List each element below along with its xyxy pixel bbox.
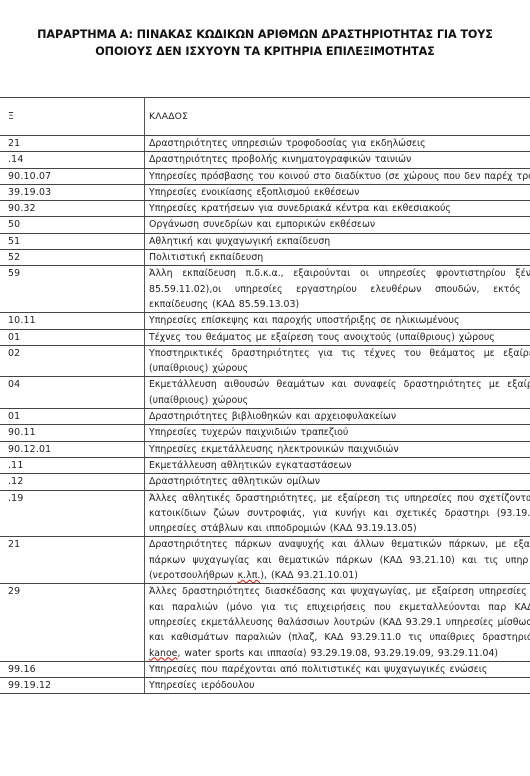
sector-description-cell: Άλλες αθλητικές δραστηριότητες, με εξαίρ… bbox=[145, 490, 530, 537]
activity-code-cell: 02 bbox=[0, 345, 145, 377]
sector-description-cell: Πολιτιστική εκπαίδευση bbox=[145, 250, 530, 266]
sector-description-cell: Δραστηριότητες αθλητικών ομίλων bbox=[145, 474, 530, 490]
activity-code-cell: 51 bbox=[0, 233, 145, 249]
table-row: 21Δραστηριότητες πάρκων αναψυχής και άλλ… bbox=[0, 537, 530, 584]
sector-description-cell: Αθλητική και ψυχαγωγική εκπαίδευση bbox=[145, 233, 530, 249]
table-row: 99.19.12Υπηρεσίες ιερόδουλου bbox=[0, 678, 530, 694]
table-row: 99.16Υπηρεσίες που παρέχονται από πολιτι… bbox=[0, 661, 530, 677]
table-row: 01Δραστηριότητες βιβλιοθηκών και αρχειοφ… bbox=[0, 409, 530, 425]
table-header-row: Ξ ΚΛΑΔΟΣ bbox=[0, 98, 530, 136]
header-sector: ΚΛΑΔΟΣ bbox=[145, 98, 530, 136]
table-row: 39.19.03Υπηρεσίες ενοικίασης εξοπλισμού … bbox=[0, 184, 530, 200]
table-row: 90.12.01Υπηρεσίες εκμετάλλευσης ηλεκτρον… bbox=[0, 441, 530, 457]
activity-code-cell: 99.16 bbox=[0, 661, 145, 677]
activity-code-cell: 90.10.07 bbox=[0, 168, 145, 184]
sector-text-fragment: Άλλες δραστηριότητες διασκέδασης και ψυχ… bbox=[149, 586, 530, 643]
title-line-2: ΟΠΟΙΟΥΣ ΔΕΝ ΙΣΧΥΟΥΝ ΤΑ ΚΡΙΤΗΡΙΑ ΕΠΙΛΕΞΙΜ… bbox=[0, 43, 530, 60]
title-line-1: ΠΑΡΑΡΤΗΜΑ Α: ΠΙΝΑΚΑΣ ΚΩΔΙΚΩΝ ΑΡΙΘΜΩΝ ΔΡΑ… bbox=[0, 26, 530, 43]
table-row: 59Άλλη εκπαίδευση π.δ.κ.α., εξαιρούνται … bbox=[0, 266, 530, 313]
activity-code-cell: 01 bbox=[0, 409, 145, 425]
activity-code-cell: 21 bbox=[0, 136, 145, 152]
header-code: Ξ bbox=[0, 98, 145, 136]
sector-description-cell: Υπηρεσίες ενοικίασης εξοπλισμού εκθέσεων bbox=[145, 184, 530, 200]
sector-description-cell: Υπηρεσίες ιερόδουλου bbox=[145, 678, 530, 694]
activity-codes-table-container: Ξ ΚΛΑΔΟΣ 21Δραστηριότητες υπηρεσιών τροφ… bbox=[0, 97, 530, 694]
sector-description-cell: Υπηρεσίες πρόσβασης του κοινού στο διαδί… bbox=[145, 168, 530, 184]
activity-code-cell: .14 bbox=[0, 152, 145, 168]
sector-description-cell: Υπηρεσίες κρατήσεων για συνεδριακά κέντρ… bbox=[145, 201, 530, 217]
activity-code-cell: 10.11 bbox=[0, 313, 145, 329]
table-row: 02Υποστηρικτικές δραστηριότητες για τις … bbox=[0, 345, 530, 377]
activity-code-cell: 21 bbox=[0, 537, 145, 584]
sector-description-cell: Τέχνες του θεάματος με εξαίρεση τους ανο… bbox=[145, 329, 530, 345]
sector-description-cell: Εκμετάλλευση αιθουσών θεαμάτων και συναφ… bbox=[145, 377, 530, 409]
sector-description-cell: Υποστηρικτικές δραστηριότητες για τις τέ… bbox=[145, 345, 530, 377]
sector-description-cell: Υπηρεσίες που παρέχονται από πολιτιστικέ… bbox=[145, 661, 530, 677]
activity-codes-table: Ξ ΚΛΑΔΟΣ 21Δραστηριότητες υπηρεσιών τροφ… bbox=[0, 97, 530, 694]
sector-description-cell: Δραστηριότητες προβολής κινηματογραφικών… bbox=[145, 152, 530, 168]
table-row: 90.11Υπηρεσίες τυχερών παιχνιδιών τραπεζ… bbox=[0, 425, 530, 441]
table-row: .12Δραστηριότητες αθλητικών ομίλων bbox=[0, 474, 530, 490]
sector-description-cell: Υπηρεσίες εκμετάλλευσης ηλεκτρονικών παι… bbox=[145, 441, 530, 457]
table-row: 52Πολιτιστική εκπαίδευση bbox=[0, 250, 530, 266]
sector-text-fragment: ), (ΚΑΔ 93.21.10.01) bbox=[260, 570, 358, 581]
activity-code-cell: 50 bbox=[0, 217, 145, 233]
activity-code-cell: 01 bbox=[0, 329, 145, 345]
sector-description-cell: Άλλη εκπαίδευση π.δ.κ.α., εξαιρούνται οι… bbox=[145, 266, 530, 313]
table-row: 10.11Υπηρεσίες επίσκεψης και παροχής υπο… bbox=[0, 313, 530, 329]
spellcheck-flagged-word: κ.λπ. bbox=[238, 570, 261, 581]
table-row: 01Τέχνες του θεάματος με εξαίρεση τους α… bbox=[0, 329, 530, 345]
sector-description-cell: Άλλες δραστηριότητες διασκέδασης και ψυχ… bbox=[145, 584, 530, 661]
sector-description-cell: Δραστηριότητες βιβλιοθηκών και αρχειοφυλ… bbox=[145, 409, 530, 425]
document-title: ΠΑΡΑΡΤΗΜΑ Α: ΠΙΝΑΚΑΣ ΚΩΔΙΚΩΝ ΑΡΙΘΜΩΝ ΔΡΑ… bbox=[0, 26, 530, 60]
table-row: 04Εκμετάλλευση αιθουσών θεαμάτων και συν… bbox=[0, 377, 530, 409]
activity-code-cell: 52 bbox=[0, 250, 145, 266]
table-row: .11Εκμετάλλευση αθλητικών εγκαταστάσεων bbox=[0, 457, 530, 473]
table-row: .19Άλλες αθλητικές δραστηριότητες, με εξ… bbox=[0, 490, 530, 537]
activity-code-cell: 39.19.03 bbox=[0, 184, 145, 200]
sector-text-fragment: , water sports και ιππασία) 93.29.19.08,… bbox=[177, 648, 498, 659]
table-row: 21Δραστηριότητες υπηρεσιών τροφοδοσίας γ… bbox=[0, 136, 530, 152]
activity-code-cell: 90.11 bbox=[0, 425, 145, 441]
table-row: 51Αθλητική και ψυχαγωγική εκπαίδευση bbox=[0, 233, 530, 249]
table-row: 90.10.07Υπηρεσίες πρόσβασης του κοινού σ… bbox=[0, 168, 530, 184]
activity-code-cell: 59 bbox=[0, 266, 145, 313]
activity-code-cell: .19 bbox=[0, 490, 145, 537]
table-row: 90.32Υπηρεσίες κρατήσεων για συνεδριακά … bbox=[0, 201, 530, 217]
sector-description-cell: Δραστηριότητες υπηρεσιών τροφοδοσίας για… bbox=[145, 136, 530, 152]
activity-code-cell: 90.12.01 bbox=[0, 441, 145, 457]
table-row: 50Οργάνωση συνεδρίων και εμπορικών εκθέσ… bbox=[0, 217, 530, 233]
activity-code-cell: 90.32 bbox=[0, 201, 145, 217]
spellcheck-flagged-word: kanoe bbox=[149, 648, 177, 659]
activity-code-cell: 29 bbox=[0, 584, 145, 661]
activity-code-cell: 99.19.12 bbox=[0, 678, 145, 694]
sector-description-cell: Δραστηριότητες πάρκων αναψυχής και άλλων… bbox=[145, 537, 530, 584]
sector-description-cell: Υπηρεσίες επίσκεψης και παροχής υποστήρι… bbox=[145, 313, 530, 329]
activity-code-cell: .12 bbox=[0, 474, 145, 490]
activity-code-cell: 04 bbox=[0, 377, 145, 409]
activity-code-cell: .11 bbox=[0, 457, 145, 473]
sector-description-cell: Εκμετάλλευση αθλητικών εγκαταστάσεων bbox=[145, 457, 530, 473]
table-row: .14Δραστηριότητες προβολής κινηματογραφι… bbox=[0, 152, 530, 168]
table-row: 29Άλλες δραστηριότητες διασκέδασης και ψ… bbox=[0, 584, 530, 661]
sector-description-cell: Υπηρεσίες τυχερών παιχνιδιών τραπεζιού bbox=[145, 425, 530, 441]
sector-description-cell: Οργάνωση συνεδρίων και εμπορικών εκθέσεω… bbox=[145, 217, 530, 233]
